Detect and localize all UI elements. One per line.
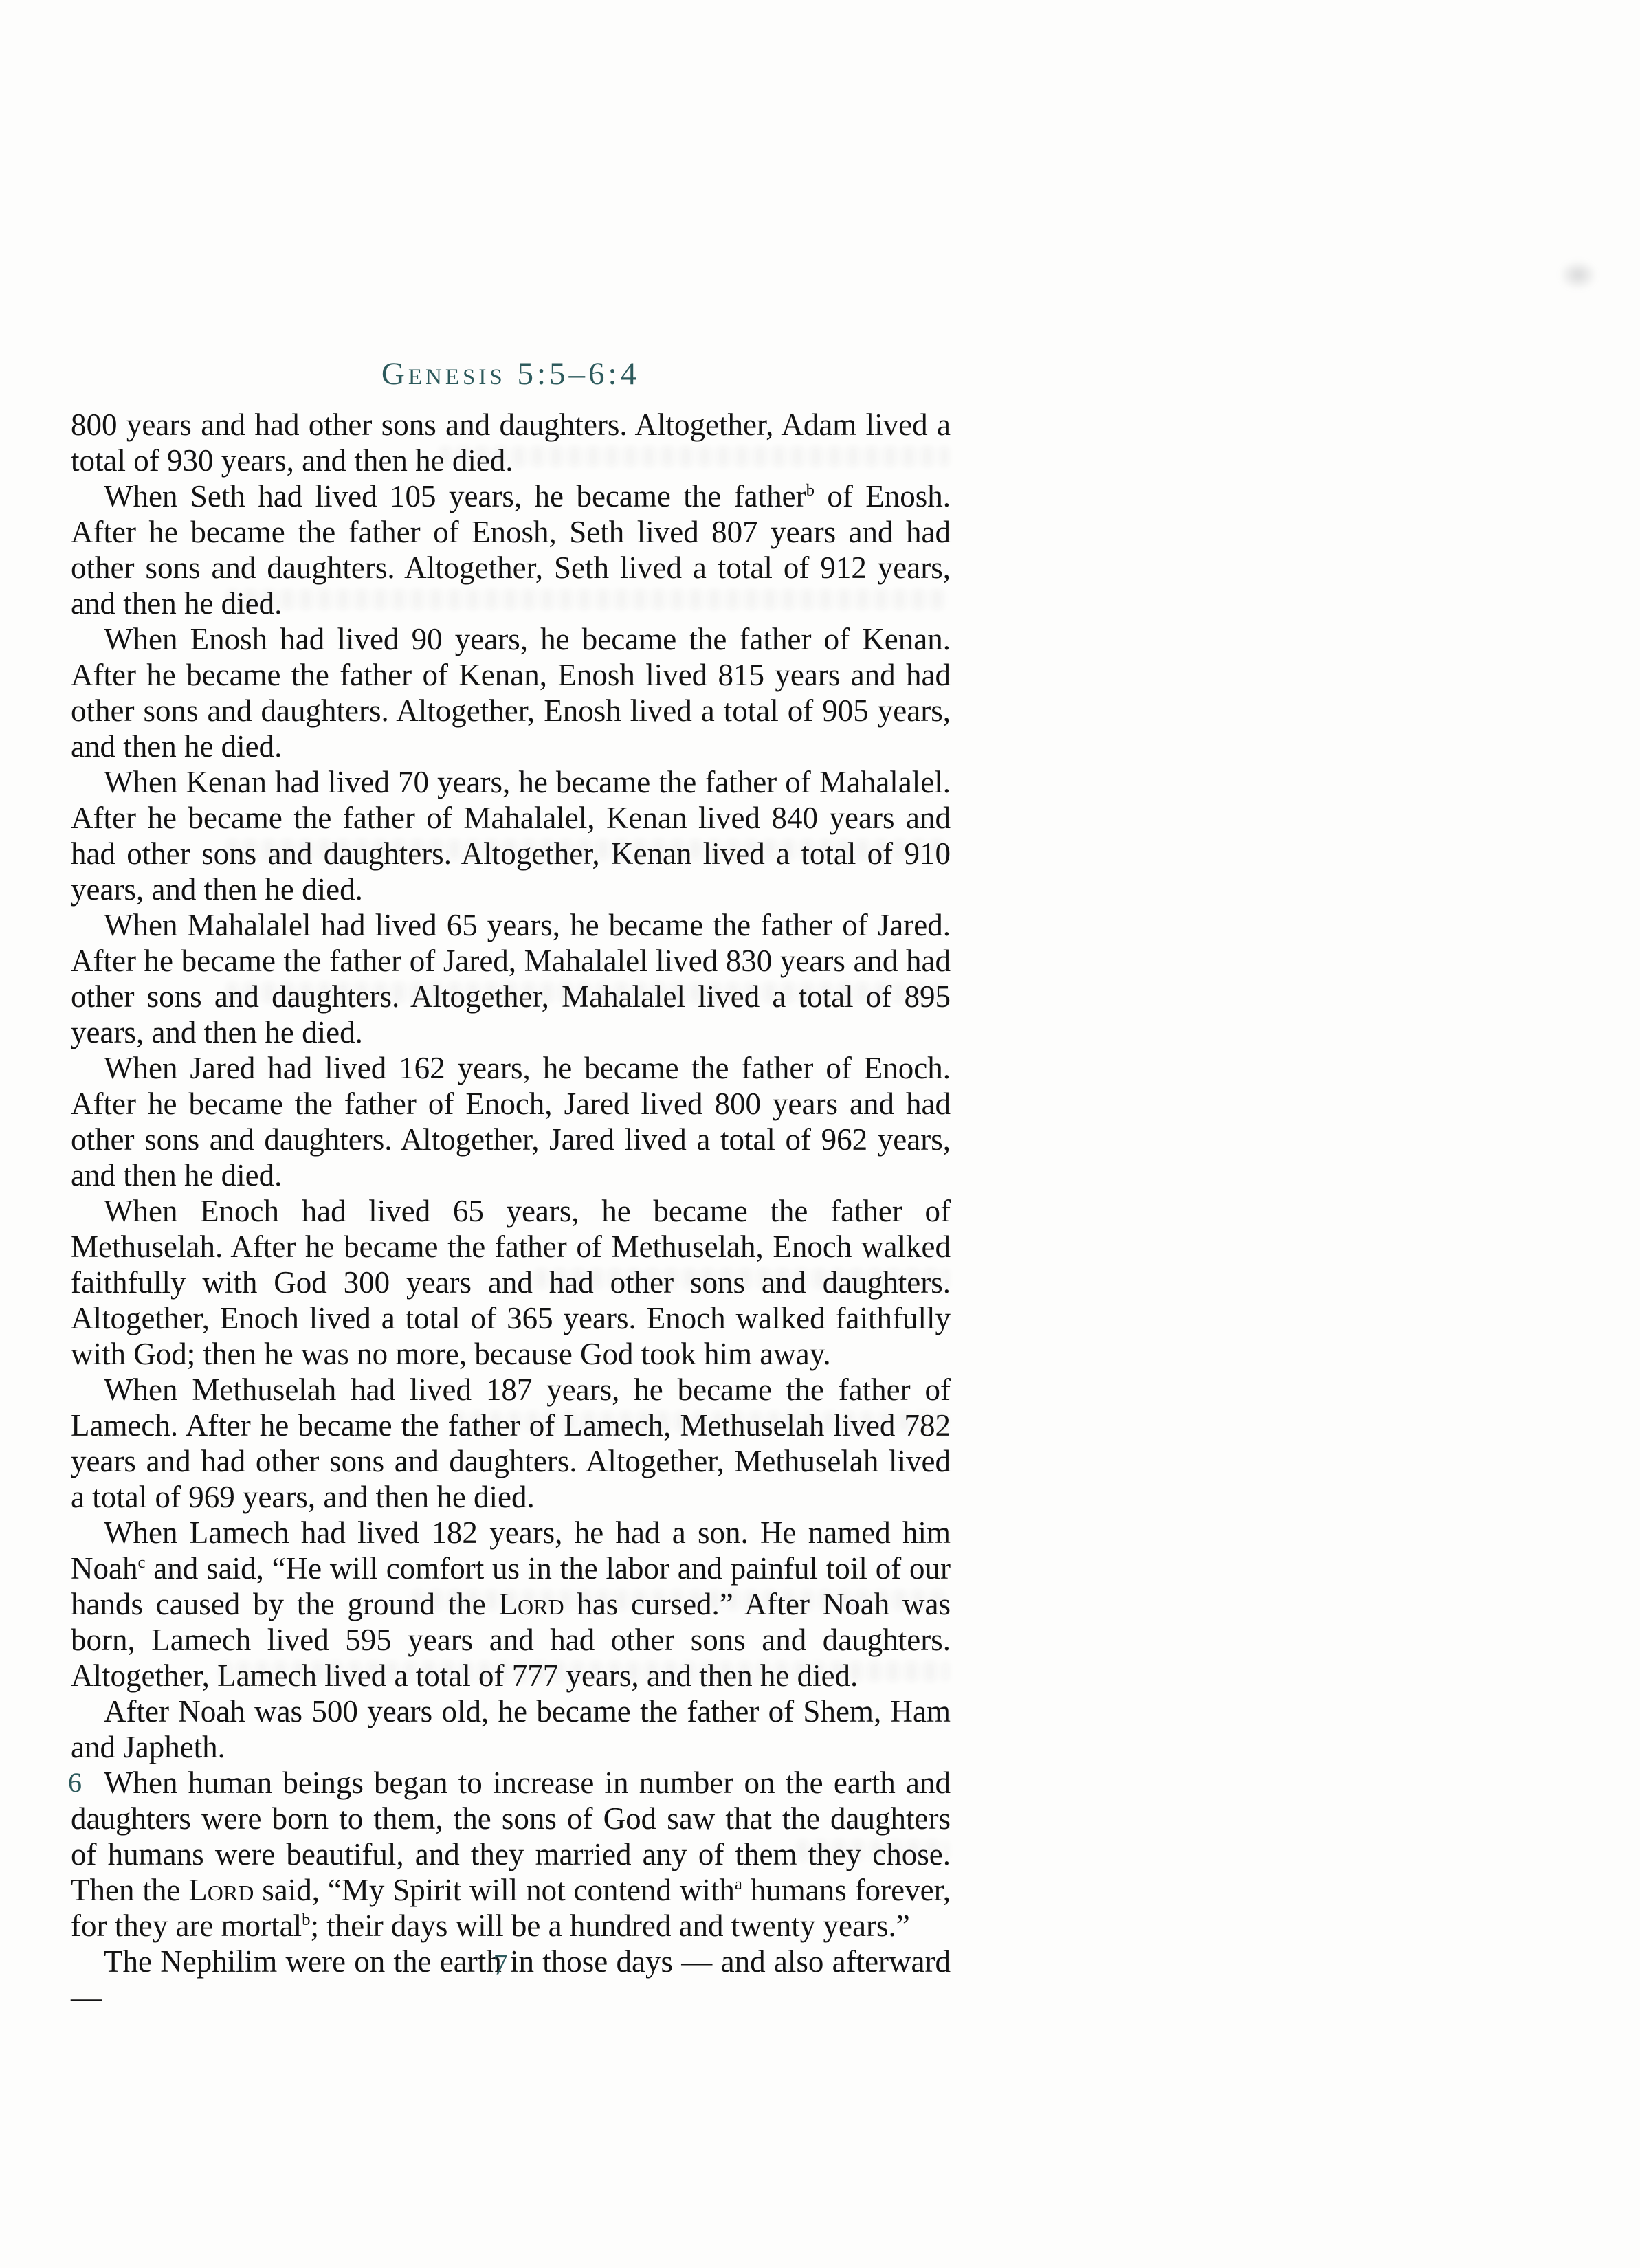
verse-paragraph: When Lamech had lived 182 years, he had … — [71, 1515, 951, 1693]
verse-paragraph: When Jared had lived 162 years, he becam… — [71, 1050, 951, 1193]
verse-paragraph: After Noah was 500 years old, he became … — [71, 1693, 951, 1765]
small-caps-divine-name: Lord — [499, 1587, 564, 1621]
verse-paragraph: When Kenan had lived 70 years, he became… — [71, 764, 951, 907]
page-number: 7 — [71, 1949, 930, 1982]
footnote-marker: b — [806, 481, 815, 500]
verse-paragraph: When Enosh had lived 90 years, he became… — [71, 621, 951, 764]
verse-paragraph: When Enoch had lived 65 years, he became… — [71, 1193, 951, 1372]
book-page: Genesis 5:5–6:4 800 years and had other … — [0, 0, 1640, 2268]
footnote-marker: c — [137, 1553, 145, 1572]
scripture-text-block: 800 years and had other sons and daughte… — [71, 407, 951, 2015]
footnote-marker: b — [302, 1911, 310, 1929]
running-head: Genesis 5:5–6:4 — [71, 356, 951, 392]
verse-paragraph: When Mahalalel had lived 65 years, he be… — [71, 907, 951, 1050]
verse-paragraph: When Seth had lived 105 years, he became… — [71, 478, 951, 621]
scan-smudge — [1559, 260, 1597, 290]
verse-paragraph: 6When human beings began to increase in … — [71, 1765, 951, 1944]
chapter-number: 6 — [35, 1767, 82, 1799]
verse-paragraph: When Methuselah had lived 187 years, he … — [71, 1372, 951, 1515]
footnote-marker: a — [735, 1875, 742, 1893]
small-caps-divine-name: Lord — [188, 1873, 254, 1907]
verse-paragraph: 800 years and had other sons and daughte… — [71, 407, 951, 478]
